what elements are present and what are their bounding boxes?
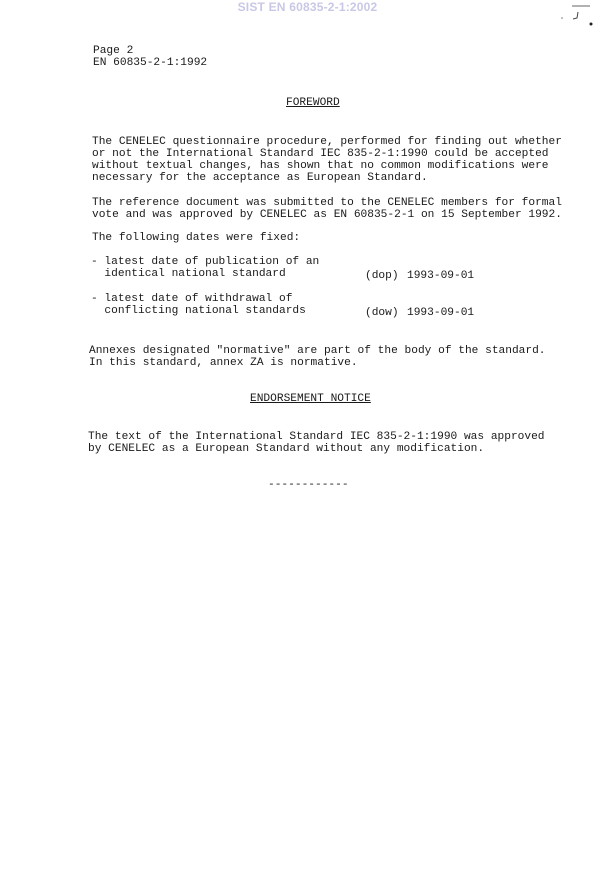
- date-item-dop-date: 1993-09-01: [407, 270, 474, 282]
- page-number: Page 2: [93, 45, 133, 57]
- foreword-para1-line1: The CENELEC questionnaire procedure, per…: [92, 136, 562, 148]
- date-item-dow-line2: conflicting national standards: [91, 305, 306, 317]
- foreword-para1-line4: necessary for the acceptance as European…: [92, 172, 428, 184]
- date-item-dow-line1: - latest date of withdrawal of: [91, 293, 292, 305]
- date-item-dop-line1: - latest date of publication of an: [91, 256, 319, 268]
- foreword-para4-line2: In this standard, annex ZA is normative.: [89, 357, 358, 369]
- foreword-para2-line1: The reference document was submitted to …: [92, 197, 562, 209]
- watermark: SIST EN 60835-2-1:2002: [0, 0, 615, 14]
- foreword-para1-line3: without textual changes, has shown that …: [92, 160, 549, 172]
- scan-mark-icon: [540, 0, 615, 45]
- date-item-dow-date: 1993-09-01: [407, 307, 474, 319]
- foreword-para1-line2: or not the International Standard IEC 83…: [92, 148, 549, 160]
- end-separator: ------------: [268, 479, 349, 491]
- date-item-dop-code: (dop): [365, 270, 399, 282]
- foreword-heading: FOREWORD: [286, 97, 340, 109]
- foreword-para4-line1: Annexes designated "normative" are part …: [89, 345, 546, 357]
- endorsement-heading: ENDORSEMENT NOTICE: [250, 393, 371, 405]
- date-item-dop-line2: identical national standard: [91, 268, 286, 280]
- date-item-dow-code: (dow): [365, 307, 399, 319]
- endorsement-text-line2: by CENELEC as a European Standard withou…: [88, 443, 484, 455]
- endorsement-text-line1: The text of the International Standard I…: [88, 431, 545, 443]
- foreword-para2-line2: vote and was approved by CENELEC as EN 6…: [92, 209, 562, 221]
- foreword-para3: The following dates were fixed:: [92, 232, 300, 244]
- document-id: EN 60835-2-1:1992: [93, 57, 207, 69]
